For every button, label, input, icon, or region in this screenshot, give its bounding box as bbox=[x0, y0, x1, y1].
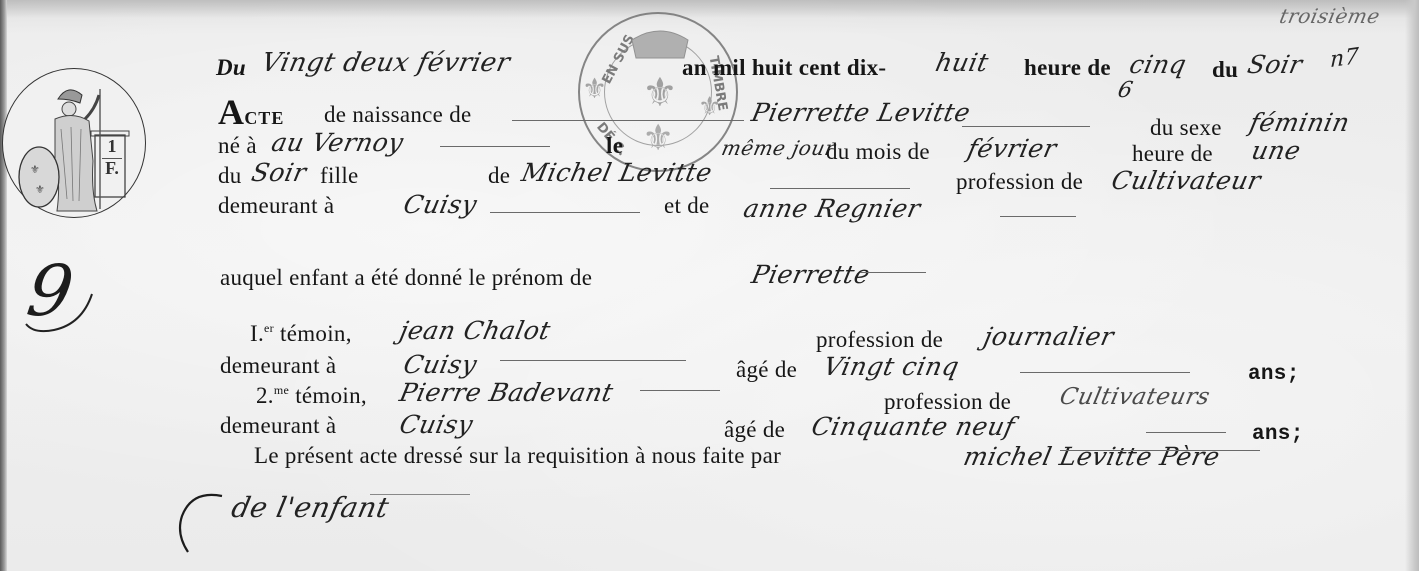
born-label: né à bbox=[218, 134, 257, 157]
witness1-age-suffix: ans; bbox=[1248, 364, 1300, 385]
witness1-heading: I.er témoin, bbox=[250, 322, 352, 345]
fill-rule bbox=[500, 360, 686, 361]
stamp-value-numeral: 1 bbox=[102, 137, 122, 157]
acte-heading: ACTE bbox=[218, 94, 284, 130]
hour-digit: 6 bbox=[1116, 80, 1135, 102]
witness1-age-handwritten: Vingt cinq bbox=[821, 354, 961, 379]
du-label: du bbox=[218, 164, 242, 187]
father-profession-label: profession de bbox=[956, 170, 1083, 193]
fille-text: fille bbox=[320, 164, 359, 187]
witness2-residence-handwritten: Cuisy bbox=[397, 412, 475, 437]
minerva-figure-icon: ⚜ ⚜ bbox=[3, 69, 147, 219]
tax-stamp-vignette: ⚜ ⚜ 1 F. bbox=[2, 68, 146, 218]
et-de-label: et de bbox=[664, 194, 710, 217]
month-label: du mois de bbox=[826, 140, 930, 163]
corner-mark: n7 bbox=[1330, 46, 1360, 72]
witness1-residence-handwritten: Cuisy bbox=[401, 352, 479, 377]
witness2-heading: 2.me témoin, bbox=[256, 384, 367, 407]
fill-rule bbox=[962, 126, 1090, 127]
document-page: troisième n7 ⚜ ⚜ 1 F. 9 bbox=[0, 0, 1419, 571]
witness2-age-suffix: ans; bbox=[1252, 424, 1304, 445]
fill-rule bbox=[770, 188, 910, 189]
birth-day-handwritten: même jour bbox=[720, 138, 837, 158]
requisition-label: Le présent acte dressé sur la requisitio… bbox=[254, 444, 781, 467]
crown-fleur-de-lis-icon: ⚜ ⚜ bbox=[620, 28, 700, 158]
birthplace-handwritten: au Vernoy bbox=[269, 130, 406, 155]
period-handwritten-1: Soir bbox=[1245, 52, 1304, 77]
scan-shadow-top bbox=[0, 0, 1419, 18]
line2-label: de naissance de bbox=[324, 103, 472, 126]
residence-handwritten: Cuisy bbox=[401, 192, 479, 217]
le-label: le bbox=[606, 134, 623, 157]
requisition-by-handwritten: michel Levitte Père bbox=[961, 444, 1222, 469]
margin-note-ordinal: troisième bbox=[1278, 6, 1382, 26]
entry-number-flourish-icon bbox=[22, 290, 102, 340]
fill-rule bbox=[370, 494, 470, 495]
sex-label: du sexe bbox=[1150, 116, 1222, 139]
fleur-de-lis-right-icon: ⚜ bbox=[698, 92, 721, 122]
de-label: de bbox=[488, 164, 510, 187]
fleur-de-lis-left-icon: ⚜ bbox=[582, 72, 607, 105]
svg-text:⚜: ⚜ bbox=[642, 70, 678, 116]
witness2-age-label: âgé de bbox=[724, 418, 785, 441]
hour-label-1: heure de bbox=[1024, 56, 1111, 79]
signature-flourish-icon bbox=[170, 486, 230, 558]
period-handwritten-2: Soir bbox=[249, 160, 308, 185]
hour-handwritten-2: une bbox=[1249, 138, 1303, 163]
witness1-profession-label: profession de bbox=[816, 328, 943, 351]
fill-rule bbox=[1000, 216, 1076, 217]
fill-rule bbox=[440, 146, 550, 147]
sex-handwritten: féminin bbox=[1247, 110, 1352, 135]
witness2-name-handwritten: Pierre Badevant bbox=[397, 380, 615, 405]
father-profession-handwritten: Cultivateur bbox=[1109, 168, 1263, 193]
stamp-value-unit: F. bbox=[102, 158, 122, 179]
svg-text:⚜: ⚜ bbox=[30, 163, 40, 176]
witness2-residence-label: demeurant à bbox=[220, 414, 336, 437]
hour-label-2: heure de bbox=[1132, 142, 1213, 165]
mother-name-handwritten: anne Regnier bbox=[741, 196, 923, 221]
father-name-handwritten: Michel Levitte bbox=[519, 160, 714, 185]
witness1-profession-handwritten: journalier bbox=[981, 324, 1116, 349]
requisition-continuation-handwritten: de l'enfant bbox=[229, 494, 391, 522]
fill-rule bbox=[1060, 450, 1260, 451]
witness2-age-handwritten: Cinquante neuf bbox=[809, 414, 1017, 439]
witness2-profession-handwritten: Cultivateurs bbox=[1058, 386, 1212, 409]
period-label-1: du bbox=[1212, 58, 1238, 81]
year-handwritten: huit bbox=[933, 50, 991, 75]
fill-rule bbox=[512, 120, 744, 121]
fill-rule bbox=[1146, 432, 1226, 433]
fill-rule bbox=[490, 212, 640, 213]
page-right-edge bbox=[1405, 0, 1419, 571]
witness1-name-handwritten: jean Chalot bbox=[397, 318, 553, 343]
witness2-profession-label: profession de bbox=[884, 390, 1011, 413]
witness1-age-label: âgé de bbox=[736, 358, 797, 381]
fill-rule bbox=[860, 272, 926, 273]
svg-text:⚜: ⚜ bbox=[642, 118, 674, 158]
residence-label: demeurant à bbox=[218, 194, 334, 217]
svg-text:⚜: ⚜ bbox=[35, 183, 45, 196]
year-printed: an mil huit cent dix- bbox=[682, 56, 886, 79]
given-name-label: auquel enfant a été donné le prénom de bbox=[220, 266, 592, 289]
line1-prefix: Du bbox=[216, 56, 246, 79]
fill-rule bbox=[640, 390, 720, 391]
birth-date-handwritten: Vingt deux février bbox=[259, 50, 512, 76]
birth-month-handwritten: février bbox=[965, 136, 1059, 161]
fleur-de-lis-seal: EN SUS TIMBRE DÉ C. ⚜ ⚜ ⚜ ⚜ bbox=[578, 12, 738, 172]
hour-handwritten-1: cinq bbox=[1127, 52, 1188, 77]
witness1-residence-label: demeurant à bbox=[220, 354, 336, 377]
child-name-handwritten: Pierrette Levitte bbox=[749, 100, 972, 125]
given-name-handwritten: Pierrette bbox=[749, 262, 872, 287]
fill-rule bbox=[1020, 372, 1190, 373]
